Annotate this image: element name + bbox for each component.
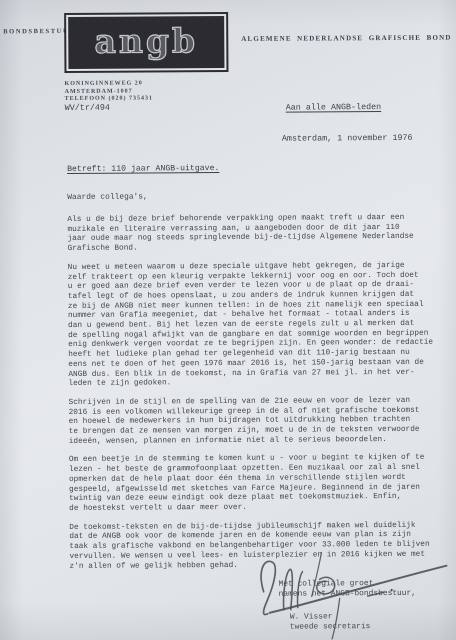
sender-label: BONDSBESTUUR [3, 28, 75, 35]
letter-page: BONDSBESTUUR angb ALGEMENE NEDERLANDSE G… [0, 0, 456, 640]
recipient-line: Aan alle ANGB-leden [286, 102, 382, 113]
angb-logo-text: angb [94, 21, 198, 61]
address-street: KONINGINNEWEG 20 [65, 80, 153, 88]
org-name: ALGEMENE NEDERLANDSE GRAFISCHE BOND [241, 34, 454, 43]
letter-body: Als u de bij deze brief behorende verpak… [67, 214, 451, 582]
reference-code: WV/tr/494 [65, 103, 110, 113]
angb-logo: angb [66, 14, 226, 71]
letter-paragraph: Om een beetje in de stemming te komen ku… [69, 454, 451, 515]
letter-paragraph: Nu weet u meteen waarom u deze speciale … [68, 261, 451, 389]
salutation: Waarde collega's, [67, 192, 148, 201]
signature [249, 551, 454, 640]
subject-line: Betreft: 110 jaar ANGB-uitgave. [67, 164, 219, 174]
letter-paragraph: Als u de bij deze brief behorende verpak… [67, 214, 449, 255]
letterhead-address: KONINGINNEWEG 20 AMSTERDAM-1007 TELEFOON… [65, 80, 153, 103]
dateline: Amsterdam, 1 november 1976 [282, 133, 413, 144]
letter-paragraph: Schrijven in de stijl en de spelling van… [68, 397, 450, 448]
